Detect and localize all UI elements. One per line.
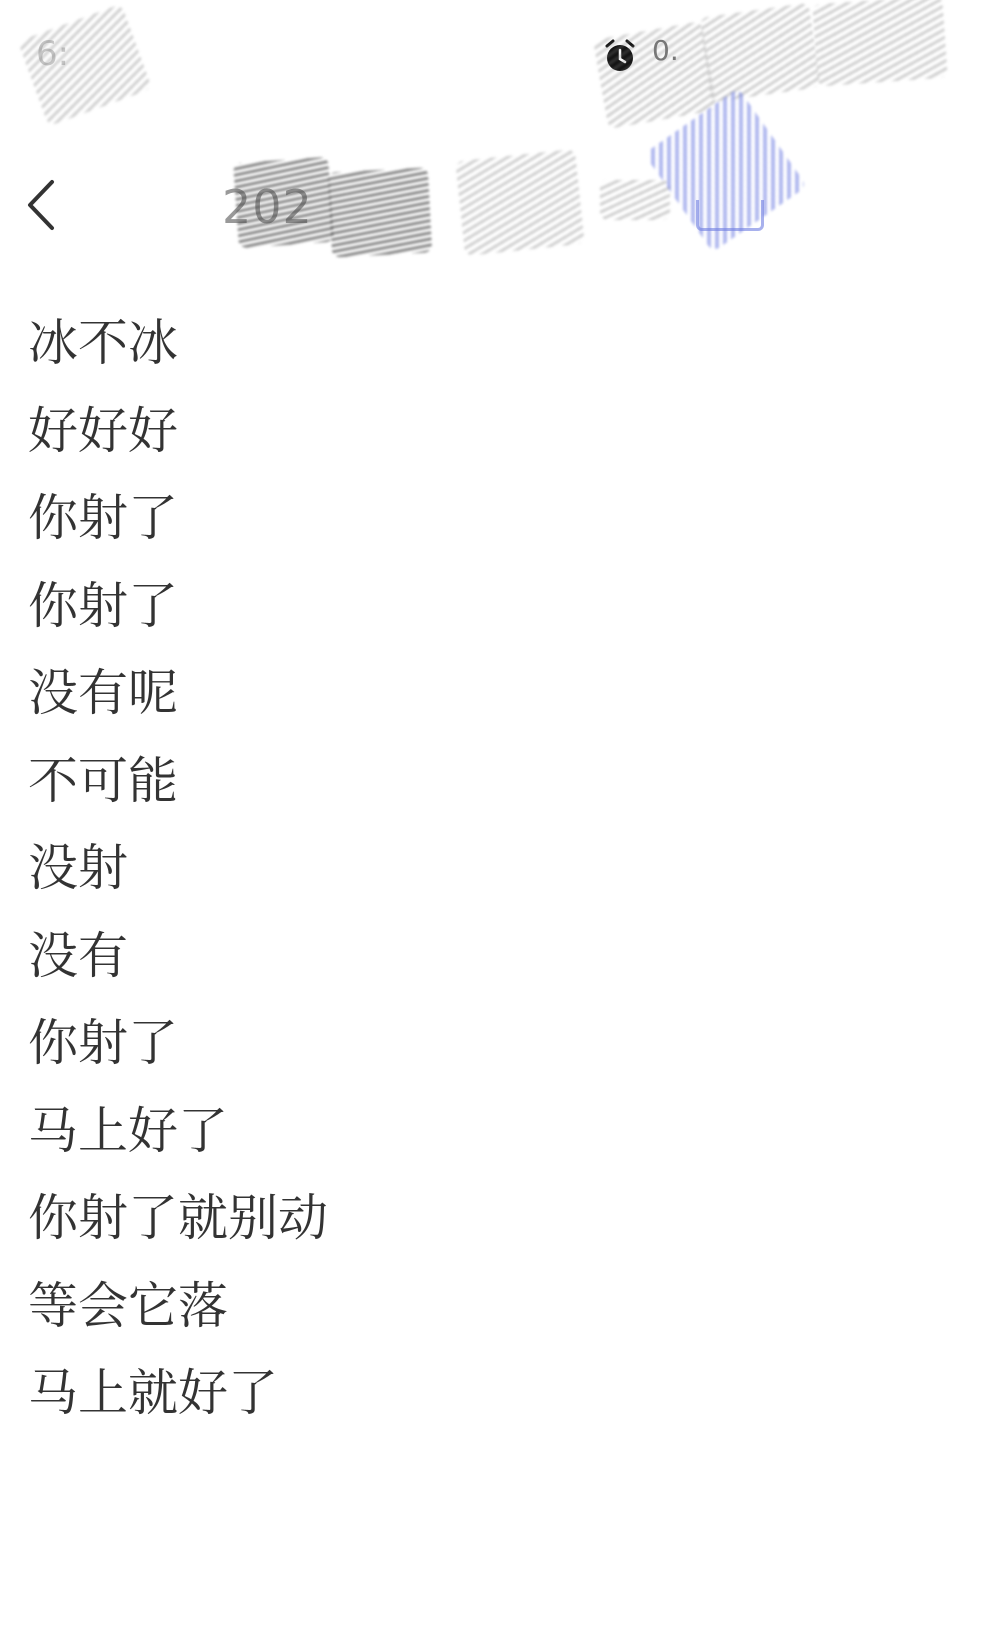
- redaction-scribble: [700, 3, 821, 102]
- redaction-scribble: [600, 180, 670, 220]
- share-icon-base: [696, 200, 764, 231]
- chevron-left-icon: [14, 170, 66, 240]
- back-button[interactable]: [14, 170, 66, 240]
- note-line: 马上就好了: [28, 1350, 968, 1438]
- note-line: 你射了: [28, 563, 968, 651]
- note-line: 没射: [28, 825, 968, 913]
- note-line: 冰不冰: [28, 300, 968, 388]
- note-line: 等会它落: [28, 1263, 968, 1351]
- note-line: 马上好了: [28, 1088, 968, 1176]
- redaction-scribble: [812, 0, 947, 86]
- redaction-scribble: [455, 149, 584, 256]
- redaction-scribble: [593, 21, 717, 129]
- note-content[interactable]: 冰不冰 好好好 你射了 你射了 没有呢 不可能 没射 没有 你射了 马上好了 你…: [28, 300, 968, 1438]
- note-line: 没有呢: [28, 650, 968, 738]
- note-line: 不可能: [28, 738, 968, 826]
- redaction-scribble: [233, 157, 334, 248]
- redaction-scribble: [328, 167, 432, 257]
- note-line: 你射了: [28, 1000, 968, 1088]
- note-line: 你射了: [28, 475, 968, 563]
- note-line: 好好好: [28, 388, 968, 476]
- note-line: 没有: [28, 913, 968, 1001]
- note-line: 你射了就别动: [28, 1175, 968, 1263]
- note-header: 202: [0, 130, 993, 270]
- redaction-scribble: [18, 4, 152, 126]
- status-bar: 6: 0.: [0, 0, 993, 110]
